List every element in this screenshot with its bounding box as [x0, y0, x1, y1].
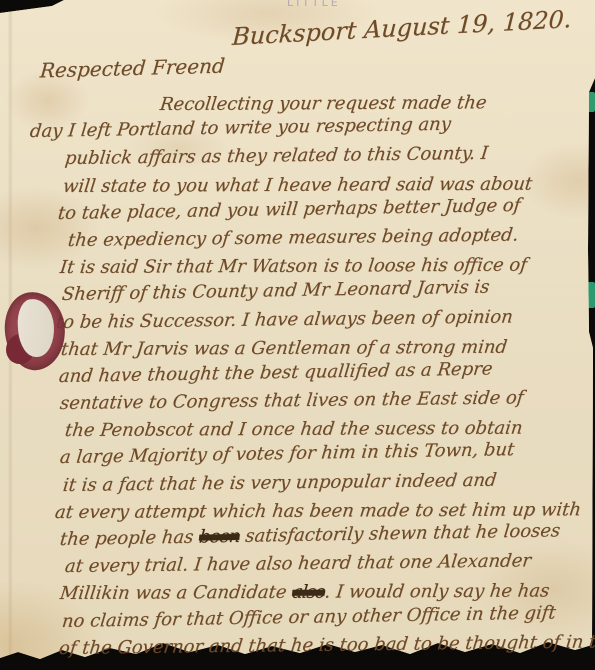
letter-line: at every trial. I have also heard that o…	[63, 547, 588, 581]
letter-line: publick affairs as they related to this …	[63, 139, 588, 173]
letter-salutation: Respected Freend	[39, 54, 226, 83]
letter-line-text: satisfactorily shewn that he looses	[238, 520, 561, 547]
letter-line: the expediency of some measures being ad…	[66, 221, 588, 255]
letter-line: sentative to Congress that lives on the …	[58, 384, 588, 418]
pencil-catalog-annotation: LITTLE	[287, 0, 341, 9]
letter-line-text: Millikin was a Candidate	[59, 582, 294, 604]
letter-line: to be his Successor. I have always been …	[54, 302, 588, 336]
letter-line-text: the people has	[59, 527, 200, 550]
letter-line: of the Governor and that he is too bad t…	[57, 628, 588, 662]
wax-seal-remnant	[5, 292, 65, 370]
scanned-letter-stage: LITTLE Bucksport August 19, 1820. Respec…	[0, 0, 595, 670]
struck-out-word: also	[291, 582, 326, 603]
letter-line: it is a fact that he is very unpopular i…	[61, 465, 588, 499]
letter-body: Recollecting your request made the day I…	[30, 91, 587, 662]
struck-out-word: been	[198, 526, 241, 548]
